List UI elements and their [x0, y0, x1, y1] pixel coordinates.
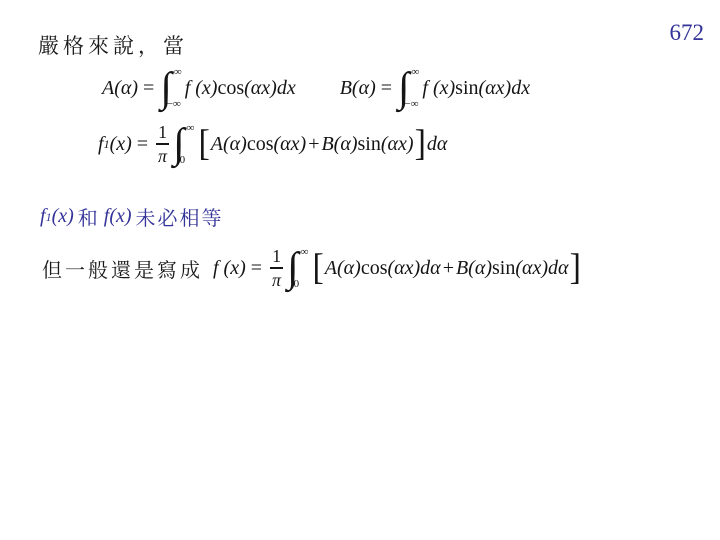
bottom-label: 但一般還是寫成 — [42, 254, 203, 283]
d-alpha: dα — [427, 133, 448, 156]
f1-args: (x) — [52, 205, 74, 228]
cos-function: cos — [247, 133, 274, 156]
cos-argument: (αx) — [273, 133, 306, 156]
fraction-numerator: 1 — [270, 247, 283, 265]
cos-argument: (αx)dα — [387, 257, 440, 280]
integral-A: ∫ ∞ −∞ — [160, 64, 181, 112]
fraction-denominator: π — [270, 271, 283, 289]
fraction-denominator: π — [156, 147, 169, 165]
formula-A: A(α) = ∫ ∞ −∞ f (x) cos (αx)dx — [102, 64, 296, 112]
f-lhs: f (x) — [213, 257, 246, 280]
note-row: f1(x) 和 f(x) 未必相等 — [40, 202, 228, 231]
page-number: 672 — [670, 20, 705, 46]
cos-function: cos — [217, 77, 244, 100]
right-bracket: ] — [415, 126, 426, 163]
one-over-pi-fraction: 1 π — [156, 123, 169, 165]
formula-A-argument: (αx)dx — [244, 77, 296, 100]
integral-upper-limit: ∞ — [301, 246, 309, 258]
bottom-row: 但一般還是寫成 f (x) = 1 π ∫ ∞ 0 [ A(α) cos (αx… — [42, 244, 582, 292]
note-text: 未必相等 — [136, 202, 224, 231]
equals-sign: = — [251, 257, 262, 280]
integral-limits: ∞ 0 — [182, 120, 195, 168]
integral-B: ∫ ∞ −∞ — [398, 64, 419, 112]
f1-symbol: f — [40, 205, 46, 228]
and-text: 和 — [78, 202, 100, 231]
equals-sign: = — [143, 77, 154, 100]
integral-f1: ∫ ∞ 0 — [173, 120, 194, 168]
sin-function: sin — [455, 77, 478, 100]
right-bracket: ] — [570, 250, 581, 287]
f1-symbol: f — [98, 133, 104, 156]
integral-upper-limit: ∞ — [412, 66, 420, 78]
slide-title: 嚴格來說，當 — [38, 30, 188, 60]
formula-B-lhs: B(α) — [340, 77, 376, 100]
equals-sign: = — [381, 77, 392, 100]
left-bracket: [ — [312, 250, 323, 287]
integral-lower-limit: 0 — [294, 278, 309, 290]
fraction-numerator: 1 — [156, 123, 169, 141]
formula-B: B(α) = ∫ ∞ −∞ f (x) sin (αx)dx — [340, 64, 530, 112]
f1-formula-row: f1(x) = 1 π ∫ ∞ 0 [ A(α) cos (αx) + B(α)… — [98, 120, 447, 168]
formula-B-argument: (αx)dx — [479, 77, 531, 100]
integral-limits: ∞ −∞ — [169, 64, 182, 112]
A-term: A(α) — [325, 257, 361, 280]
integral-limits: ∞ −∞ — [407, 64, 420, 112]
integral-upper-limit: ∞ — [174, 66, 182, 78]
formula-A-integrand: f (x) — [185, 77, 218, 100]
cos-function: cos — [361, 257, 388, 280]
integral-lower-limit: 0 — [180, 154, 195, 166]
fraction-bar — [156, 143, 169, 145]
B-term: B(α) — [456, 257, 492, 280]
sin-argument: (αx) — [381, 133, 414, 156]
integral-upper-limit: ∞ — [187, 122, 195, 134]
f1-args: (x) — [110, 133, 132, 156]
slide: 672 嚴格來說，當 A(α) = ∫ ∞ −∞ f (x) cos (αx)d… — [0, 0, 720, 540]
fraction-bar — [270, 267, 283, 269]
plus-sign: + — [443, 257, 454, 280]
integral-lower-limit: −∞ — [167, 98, 182, 110]
equals-sign: = — [137, 133, 148, 156]
sin-argument: (αx)dα — [515, 257, 568, 280]
sin-function: sin — [358, 133, 381, 156]
definitions-row: A(α) = ∫ ∞ −∞ f (x) cos (αx)dx B(α) = ∫ … — [102, 64, 530, 112]
formula-B-integrand: f (x) — [422, 77, 455, 100]
one-over-pi-fraction: 1 π — [270, 247, 283, 289]
integral-bottom: ∫ ∞ 0 — [287, 244, 308, 292]
A-term: A(α) — [211, 133, 247, 156]
f-of-x: f(x) — [104, 205, 132, 228]
B-term: B(α) — [321, 133, 357, 156]
sin-function: sin — [492, 257, 515, 280]
formula-A-lhs: A(α) — [102, 77, 138, 100]
plus-sign: + — [308, 133, 319, 156]
integral-lower-limit: −∞ — [405, 98, 420, 110]
integral-limits: ∞ 0 — [296, 244, 309, 292]
left-bracket: [ — [198, 126, 209, 163]
